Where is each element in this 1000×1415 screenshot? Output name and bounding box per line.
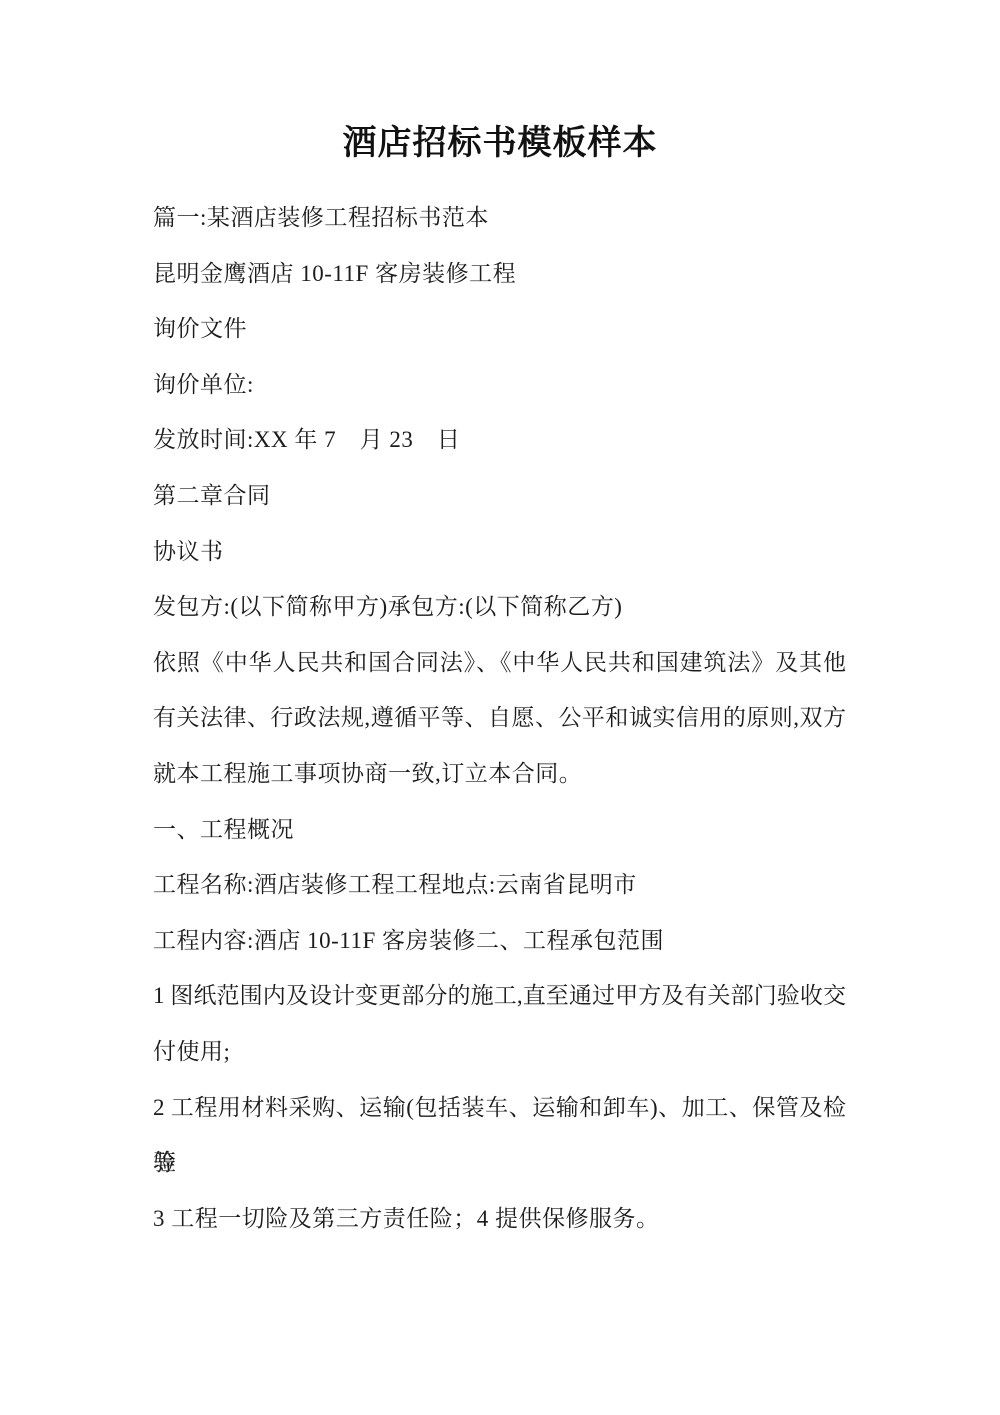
paragraph-line: 等: [153, 1135, 846, 1191]
paragraph-line: 1 图纸范围内及设计变更部分的施工,直至通过甲方及有关部门验收交: [153, 968, 846, 1024]
paragraph-line: 询价文件: [153, 301, 846, 357]
paragraph-line: 第二章合同: [153, 468, 846, 524]
document-body: 篇一:某酒店装修工程招标书范本昆明金鹰酒店 10-11F 客房装修工程询价文件询…: [153, 190, 846, 1246]
paragraph-line: 依照《中华人民共和国合同法》、《中华人民共和国建筑法》及其他: [153, 635, 846, 691]
paragraph-line: 3 工程一切险及第三方责任险；4 提供保修服务。: [153, 1191, 846, 1247]
paragraph-line: 询价单位:: [153, 357, 846, 413]
paragraph-line: 发放时间:XX 年 7 月 23 日: [153, 412, 846, 468]
paragraph-line: 工程名称:酒店装修工程工程地点:云南省昆明市: [153, 857, 846, 913]
document-page: 酒店招标书模板样本 篇一:某酒店装修工程招标书范本昆明金鹰酒店 10-11F 客…: [0, 0, 1000, 1415]
page-title: 酒店招标书模板样本: [0, 120, 1000, 166]
paragraph-line: 2 工程用材料采购、运输(包括装车、运输和卸车)、加工、保管及检验: [153, 1080, 846, 1136]
paragraph-line: 篇一:某酒店装修工程招标书范本: [153, 190, 846, 246]
paragraph-line: 有关法律、行政法规,遵循平等、自愿、公平和诚实信用的原则,双方: [153, 690, 846, 746]
paragraph-line: 就本工程施工事项协商一致,订立本合同。: [153, 746, 846, 802]
paragraph-line: 发包方:(以下简称甲方)承包方:(以下简称乙方): [153, 579, 846, 635]
paragraph-line: 一、工程概况: [153, 802, 846, 858]
paragraph-line: 协议书: [153, 524, 846, 580]
paragraph-line: 昆明金鹰酒店 10-11F 客房装修工程: [153, 246, 846, 302]
paragraph-line: 付使用;: [153, 1024, 846, 1080]
paragraph-line: 工程内容:酒店 10-11F 客房装修二、工程承包范围: [153, 913, 846, 969]
